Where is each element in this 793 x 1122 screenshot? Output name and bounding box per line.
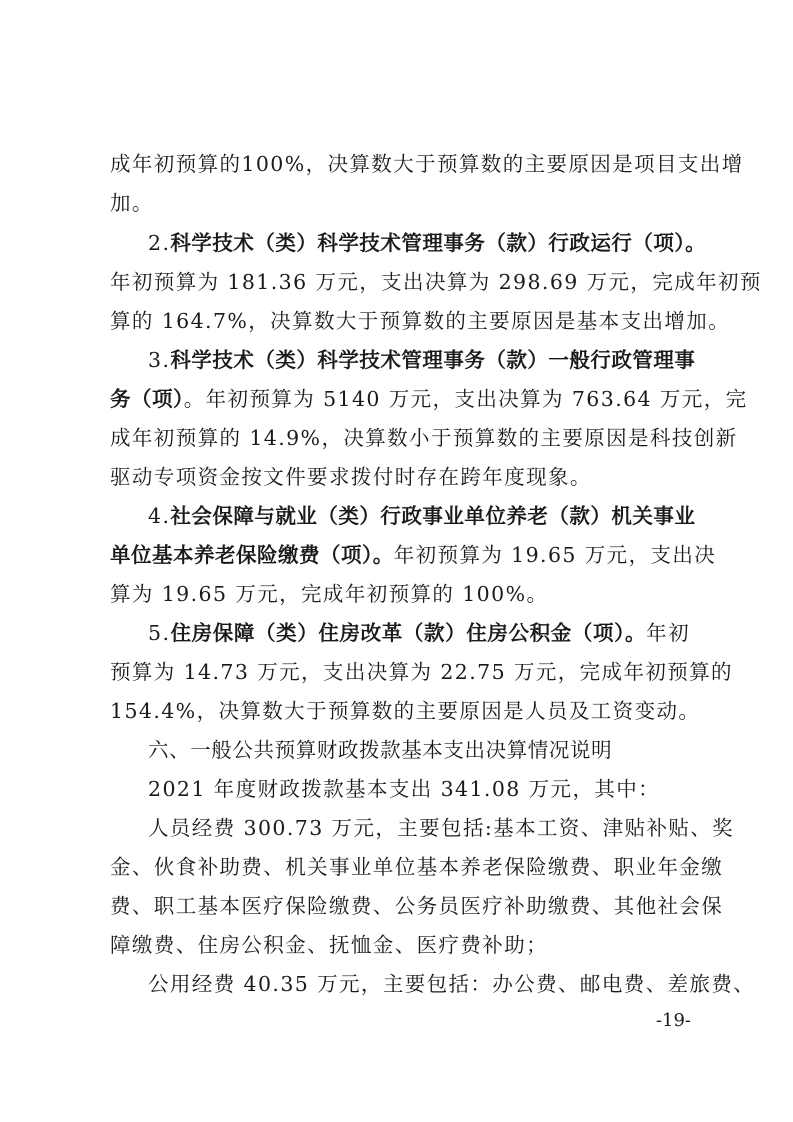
personnel-line: 人员经费 300.73 万元，主要包括:基本工资、津贴补贴、奖: [148, 811, 690, 845]
paragraph-line: 算的 164.7%，决算数大于预算数的主要原因是基本支出增加。: [110, 304, 690, 338]
item-number: 2.: [148, 231, 170, 255]
item-body: 。年初预算为 5140 万元，支出决算为 763.64 万元，完: [184, 387, 748, 411]
summary-line: 2021 年度财政拨款基本支出 341.08 万元，其中：: [148, 772, 690, 806]
item-title: 科学技术（类）科学技术管理事务（款）一般行政管理事: [170, 348, 695, 372]
paragraph-line: 成年初预算的100%，决算数大于预算数的主要原因是项目支出增: [110, 147, 690, 181]
paragraph-line: 加。: [110, 186, 690, 220]
paragraph-line: 务（项）。年初预算为 5140 万元，支出决算为 763.64 万元，完: [110, 382, 690, 416]
item-number: 5.: [148, 621, 170, 645]
public-expense-line: 公用经费 40.35 万元，主要包括：办公费、邮电费、差旅费、: [148, 967, 690, 1001]
item-body: 年初: [646, 621, 690, 645]
item-3-title-line: 3.科学技术（类）科学技术管理事务（款）一般行政管理事: [148, 343, 690, 377]
item-title-continued: 单位基本养老保险缴费（项）。: [110, 543, 394, 567]
personnel-line: 障缴费、住房公积金、抚恤金、医疗费补助；: [110, 928, 690, 962]
item-5-title-line: 5.住房保障（类）住房改革（款）住房公积金（项）。年初: [148, 616, 690, 650]
paragraph-line: 154.4%，决算数大于预算数的主要原因是人员及工资变动。: [110, 694, 690, 728]
paragraph-line: 驱动专项资金按文件要求拨付时存在跨年度现象。: [110, 460, 690, 494]
item-title: 科学技术（类）科学技术管理事务（款）行政运行（项）。: [170, 231, 706, 255]
item-title-continued: 务（项）: [110, 387, 184, 411]
item-4-title-line: 4.社会保障与就业（类）行政事业单位养老（款）机关事业: [148, 499, 690, 533]
personnel-line: 金、伙食补助费、机关事业单位基本养老保险缴费、职业年金缴: [110, 850, 690, 884]
document-page: 成年初预算的100%，决算数大于预算数的主要原因是项目支出增 加。 2.科学技术…: [0, 0, 793, 1122]
item-2-title-line: 2.科学技术（类）科学技术管理事务（款）行政运行（项）。: [148, 226, 690, 260]
item-body: 年初预算为 19.65 万元，支出决: [394, 543, 716, 567]
section-heading: 六、一般公共预算财政拨款基本支出决算情况说明: [148, 733, 690, 767]
paragraph-line: 预算为 14.73 万元，支出决算为 22.75 万元，完成年初预算的: [110, 655, 690, 689]
personnel-line: 费、职工基本医疗保险缴费、公务员医疗补助缴费、其他社会保: [110, 889, 690, 923]
paragraph-line: 年初预算为 181.36 万元，支出决算为 298.69 万元，完成年初预: [110, 265, 690, 299]
paragraph-line: 单位基本养老保险缴费（项）。年初预算为 19.65 万元，支出决: [110, 538, 690, 572]
item-number: 4.: [148, 504, 170, 528]
item-number: 3.: [148, 348, 170, 372]
item-title: 社会保障与就业（类）行政事业单位养老（款）机关事业: [170, 504, 695, 528]
page-number: -19-: [656, 1010, 691, 1031]
paragraph-line: 成年初预算的 14.9%，决算数小于预算数的主要原因是科技创新: [110, 421, 690, 455]
item-title: 住房保障（类）住房改革（款）住房公积金（项）。: [170, 621, 646, 645]
paragraph-line: 算为 19.65 万元，完成年初预算的 100%。: [110, 577, 690, 611]
